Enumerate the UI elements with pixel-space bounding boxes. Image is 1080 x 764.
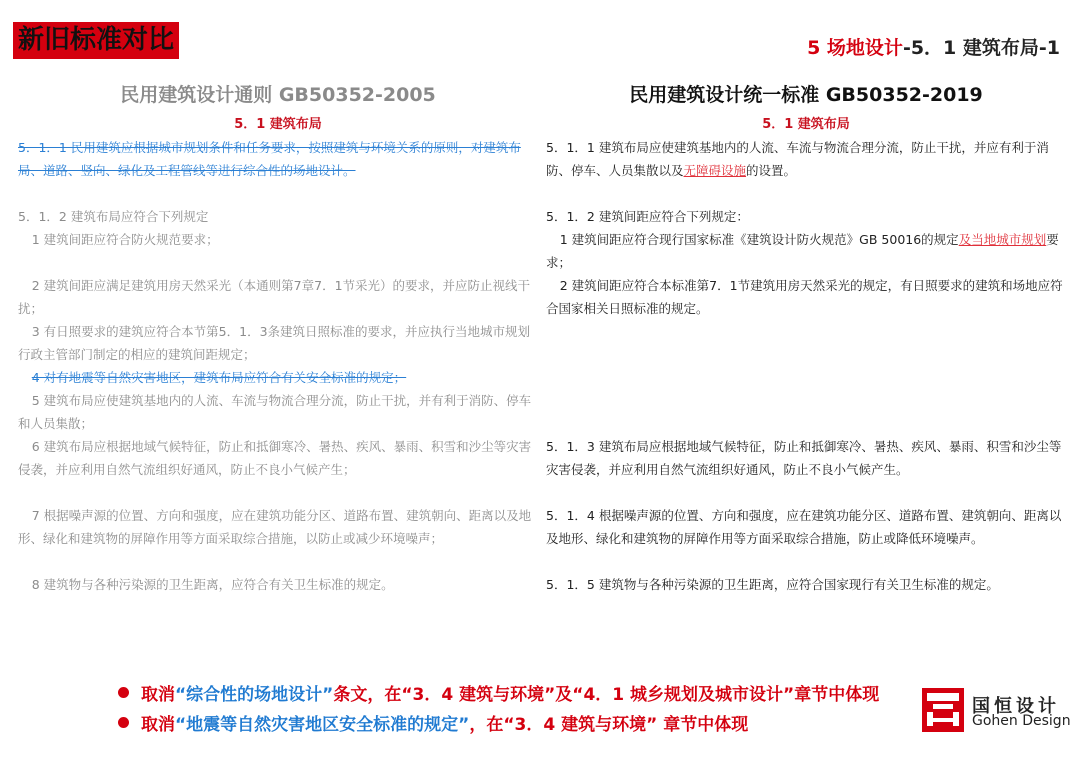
section-chapter: 5 场地设计: [807, 37, 903, 59]
new-clause-5-1-1-text: 5．1．1 建筑布局应使建筑基地内的人流、车流与物流合理分流，防止干扰，并应有利…: [546, 140, 1049, 178]
old-clause-5-1-1: 5．1．1 民用建筑应根据城市规划条件和任务要求，按照建筑与环境关系的原则，对建…: [18, 136, 538, 182]
bullet-dot-icon: [118, 717, 129, 728]
old-item-6: 6 建筑布局应根据地域气候特征，防止和抵御寒冷、暑热、疾风、暴雨、积雪和沙尘等灾…: [18, 435, 538, 481]
logo-mark-icon: [922, 688, 964, 732]
bullet-1-text: 条文，在“3．4 建筑与环境”及“4．1 城乡规划及城市设计”章节中体现: [333, 685, 879, 705]
old-standard-column: 民用建筑设计通则 GB50352-2005 5．1 建筑布局 5．1．1 民用建…: [18, 80, 538, 596]
summary-bullet-1: 取消“综合性的场地设计”条文，在“3．4 建筑与环境”及“4．1 城乡规划及城市…: [118, 680, 879, 710]
gohen-design-logo: 国恒设计 Gohen Design: [922, 688, 1072, 736]
bullet-2-prefix: 取消: [141, 715, 175, 735]
inserted-text: 无障碍设施: [684, 163, 747, 178]
bullet-1-highlight: “综合性的场地设计”: [175, 685, 333, 705]
new-clause-5-1-1: 5．1．1 建筑布局应使建筑基地内的人流、车流与物流合理分流，防止干扰，并应有利…: [546, 136, 1066, 182]
old-item-1: 1 建筑间距应符合防火规范要求；: [18, 228, 538, 251]
new-clause-5-1-2: 5．1．2 建筑间距应符合下列规定：: [546, 205, 1066, 228]
bullet-2-highlight: “地震等自然灾害地区安全标准的规定”: [175, 715, 469, 735]
new-standard-title: 民用建筑设计统一标准 GB50352-2019: [546, 80, 1066, 110]
inserted-text: 及当地城市规划: [959, 232, 1047, 247]
old-standard-title: 民用建筑设计通则 GB50352-2005: [18, 80, 538, 110]
summary-bullets: 取消“综合性的场地设计”条文，在“3．4 建筑与环境”及“4．1 城乡规划及城市…: [118, 680, 879, 740]
new-section-subtitle: 5．1 建筑布局: [546, 114, 1066, 136]
old-section-subtitle: 5．1 建筑布局: [18, 114, 538, 136]
old-item-7: 7 根据噪声源的位置、方向和强度，应在建筑功能分区、道路布置、建筑朝向、距离以及…: [18, 504, 538, 550]
old-item-5: 5 建筑布局应使建筑基地内的人流、车流与物流合理分流，防止干扰，并有利于消防、停…: [18, 389, 538, 435]
new-clause-5-1-1-end: 的设置。: [746, 163, 796, 178]
section-subsection: -5．1 建筑布局-1: [903, 37, 1060, 59]
new-item-2: 2 建筑间距应符合本标准第7．1节建筑用房天然采光的规定，有日照要求的建筑和场地…: [546, 274, 1066, 320]
summary-bullet-2: 取消“地震等自然灾害地区安全标准的规定”，在“3．4 建筑与环境” 章节中体现: [118, 710, 879, 740]
logo-english-name: Gohen Design: [972, 713, 1071, 729]
old-item-2: 2 建筑间距应满足建筑用房天然采光（本通则第7章7．1节采光）的要求，并应防止视…: [18, 274, 538, 320]
old-item-3: 3 有日照要求的建筑应符合本节第5．1．3条建筑日照标准的要求，并应执行当地城市…: [18, 320, 538, 366]
old-item-4: 4 对有地震等自然灾害地区，建筑布局应符合有关安全标准的规定；: [18, 366, 538, 389]
new-clause-5-1-3: 5．1．3 建筑布局应根据地域气候特征，防止和抵御寒冷、暑热、疾风、暴雨、积雪和…: [546, 435, 1066, 481]
new-item-1: 1 建筑间距应符合现行国家标准《建筑设计防火规范》GB 50016的规定及当地城…: [546, 228, 1066, 274]
bullet-1-prefix: 取消: [141, 685, 175, 705]
new-item-1-text: 1 建筑间距应符合现行国家标准《建筑设计防火规范》GB 50016的规定: [560, 232, 959, 247]
new-clause-5-1-5: 5．1．5 建筑物与各种污染源的卫生距离，应符合国家现行有关卫生标准的规定。: [546, 573, 1066, 596]
section-header: 5 场地设计-5．1 建筑布局-1: [807, 33, 1060, 60]
new-standard-column: 民用建筑设计统一标准 GB50352-2019 5．1 建筑布局 5．1．1 建…: [546, 80, 1066, 596]
bullet-dot-icon: [118, 687, 129, 698]
bullet-2-text: ，在“3．4 建筑与环境” 章节中体现: [469, 715, 748, 735]
new-clause-5-1-4: 5．1．4 根据噪声源的位置、方向和强度，应在建筑功能分区、道路布置、建筑朝向、…: [546, 504, 1066, 550]
old-item-8: 8 建筑物与各种污染源的卫生距离，应符合有关卫生标准的规定。: [18, 573, 538, 596]
title-badge: 新旧标准对比: [13, 22, 179, 59]
old-clause-5-1-2: 5．1．2 建筑布局应符合下列规定: [18, 205, 538, 228]
